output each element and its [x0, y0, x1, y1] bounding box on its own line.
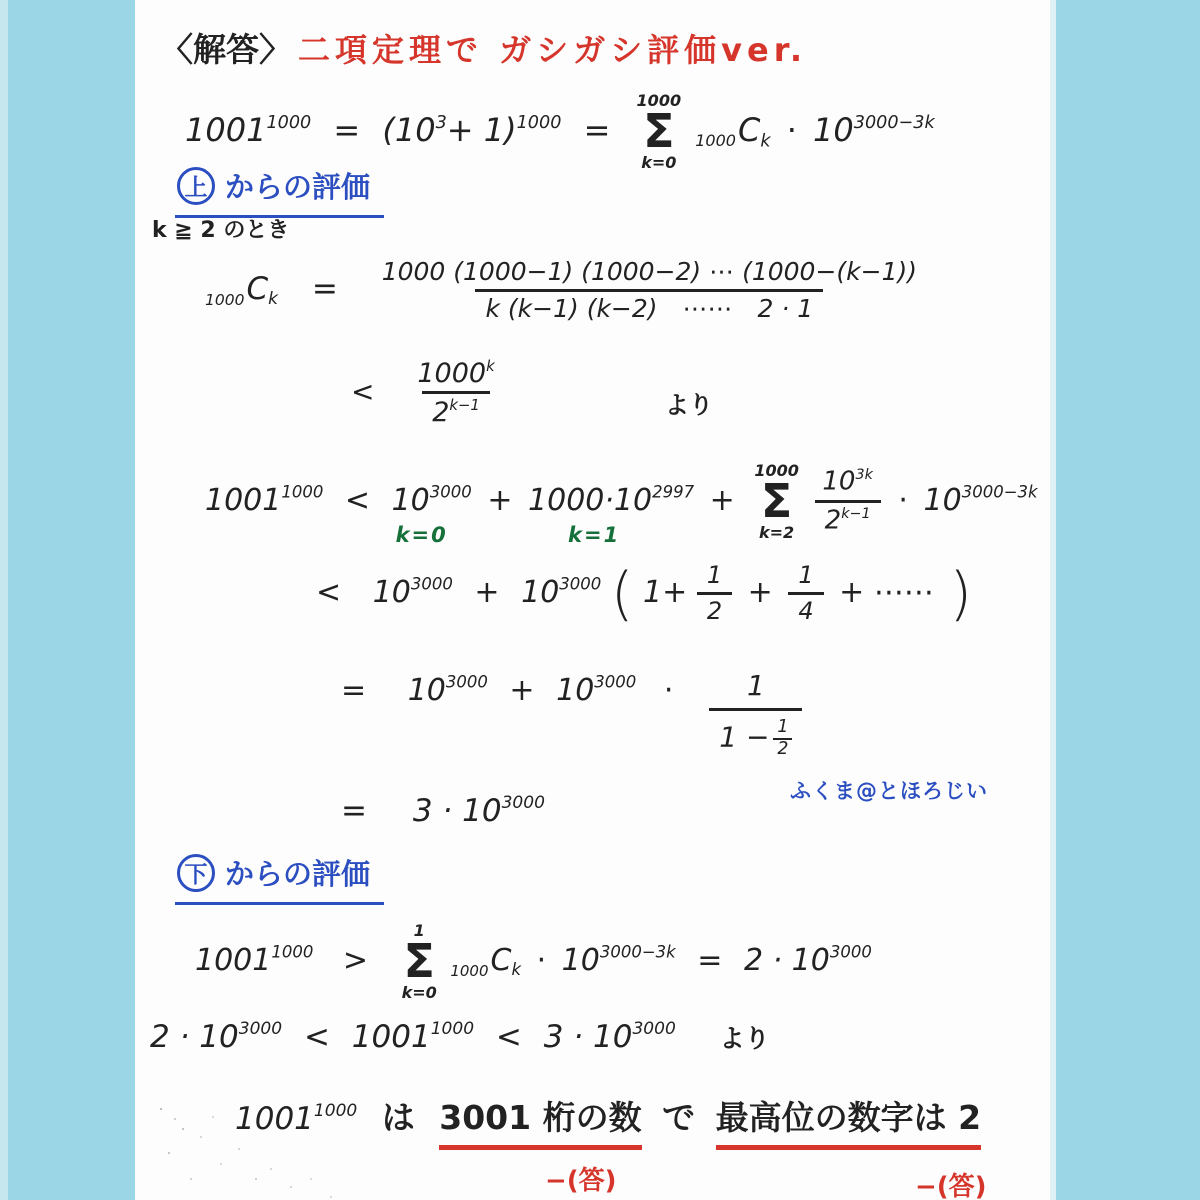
- eq-expanded-sum: 10011000 < 103000k=0 + 1000·102997k=1 + …: [205, 462, 1038, 542]
- two-times-ten-power: 2 · 103000: [744, 943, 872, 978]
- answer-mark-2: −(答): [915, 1166, 987, 1200]
- upper-header-label: からの評価: [225, 165, 370, 206]
- green-note-k1: k=1: [568, 522, 620, 548]
- binomial-coefficient: 1000Ck: [205, 271, 278, 307]
- frame-right: [1056, 0, 1200, 1200]
- eq-binomial-expansion: 10011000 = (103+ 1)1000 = 1000Σk=0 1000C…: [185, 92, 935, 172]
- circled-shita-icon: 下: [177, 854, 215, 892]
- answer-mark-1: −(答): [545, 1160, 617, 1197]
- quarter-fraction: 14: [788, 562, 823, 625]
- summation-sign: 1000Σk=2: [754, 462, 799, 542]
- power-of-ten: 103000: [373, 575, 453, 610]
- eq-sandwich: 2 · 103000 < 10011000 < 3 · 103000 より: [150, 1018, 770, 1057]
- power-of-ten: 103000: [556, 673, 636, 708]
- power-of-ten: 103000−3k: [562, 943, 676, 978]
- circled-ue-icon: 上: [177, 167, 215, 205]
- condition-k-ge-2: k ≧ 2 のとき: [152, 213, 289, 244]
- eq-geometric-bound: < 103000 + 103000 ( 1+ 12 + 14 + ⋯⋯ ): [310, 562, 972, 625]
- answer-digits: 3001 桁の数: [439, 1098, 641, 1150]
- frame-left: [8, 0, 135, 1200]
- three-times-ten-power: 3 · 103000: [544, 1019, 676, 1055]
- frame-left-edge: [0, 0, 8, 1200]
- half-fraction: 12: [697, 562, 732, 625]
- power-1001: 10011000: [185, 111, 311, 149]
- binomial-coefficient: 1000Ck: [695, 111, 770, 149]
- yori-label: より: [720, 1024, 770, 1053]
- power-of-ten: 103000−3k: [924, 483, 1038, 518]
- three-times-ten-power: 3 · 103000: [413, 793, 545, 829]
- power-of-ten: 103000−3k: [813, 111, 935, 149]
- answer-label: 〈解答〉: [160, 30, 292, 69]
- one-over-one-minus-half: 1 1 −12: [701, 670, 811, 758]
- conclusion-line: 10011000 は 3001 桁の数 で 最高位の数字は 2: [235, 1092, 981, 1139]
- bound-fraction: 1000k 2k−1: [407, 358, 504, 428]
- yori-label: より: [665, 385, 713, 420]
- summation-sign: 1000Σk=0: [637, 92, 682, 172]
- two-times-ten-power: 2 · 103000: [150, 1019, 282, 1055]
- method-title: 二項定理で ガシガシ評価ver.: [298, 31, 807, 69]
- left-paren: (: [611, 559, 634, 627]
- eq-lower-bound: 10011000 > 1Σk=0 1000Ck · 103000−3k = 2 …: [195, 922, 872, 1002]
- power-of-ten: 103000: [521, 575, 601, 610]
- scan-noise: [160, 1108, 162, 1110]
- title-line: 〈解答〉二項定理で ガシガシ評価ver.: [160, 24, 807, 71]
- eq-comb-bound: < 1000k 2k−1: [345, 358, 505, 428]
- green-note-k0: k=0: [396, 522, 448, 548]
- power-of-ten: 103000: [408, 673, 488, 708]
- term-k0: 103000k=0: [392, 482, 472, 520]
- power-1001: 10011000: [352, 1019, 474, 1055]
- ratio-fraction: 103k 2k−1: [812, 467, 882, 536]
- power-1001: 10011000: [205, 483, 323, 518]
- combination-fraction: 1000 (1000−1) (1000−2) ⋯ (1000−(k−1)) k …: [372, 258, 927, 324]
- lower-evaluation-header: 下からの評価: [175, 852, 384, 905]
- power-10cube-plus1: (103+ 1)1000: [382, 111, 561, 149]
- summation-sign: 1Σk=0: [402, 922, 437, 1002]
- eq-geometric-sum: = 103000 + 103000 · 1 1 −12: [335, 648, 811, 736]
- power-1001: 10011000: [235, 1101, 357, 1137]
- power-1001: 10011000: [195, 943, 313, 978]
- eq-upper-result: = 3 · 103000: [335, 792, 545, 831]
- right-paren: ): [949, 559, 972, 627]
- answer-leading-digit: 最高位の数字は 2: [716, 1098, 981, 1150]
- binomial-coefficient: 1000Ck: [450, 943, 521, 978]
- lower-header-label: からの評価: [225, 852, 370, 893]
- author-signature: ふくま@とほろじい: [790, 775, 988, 805]
- upper-evaluation-header: 上からの評価: [175, 165, 384, 218]
- eq-combination: 1000Ck = 1000 (1000−1) (1000−2) ⋯ (1000−…: [205, 258, 927, 324]
- term-k1: 1000·102997k=1: [528, 482, 694, 520]
